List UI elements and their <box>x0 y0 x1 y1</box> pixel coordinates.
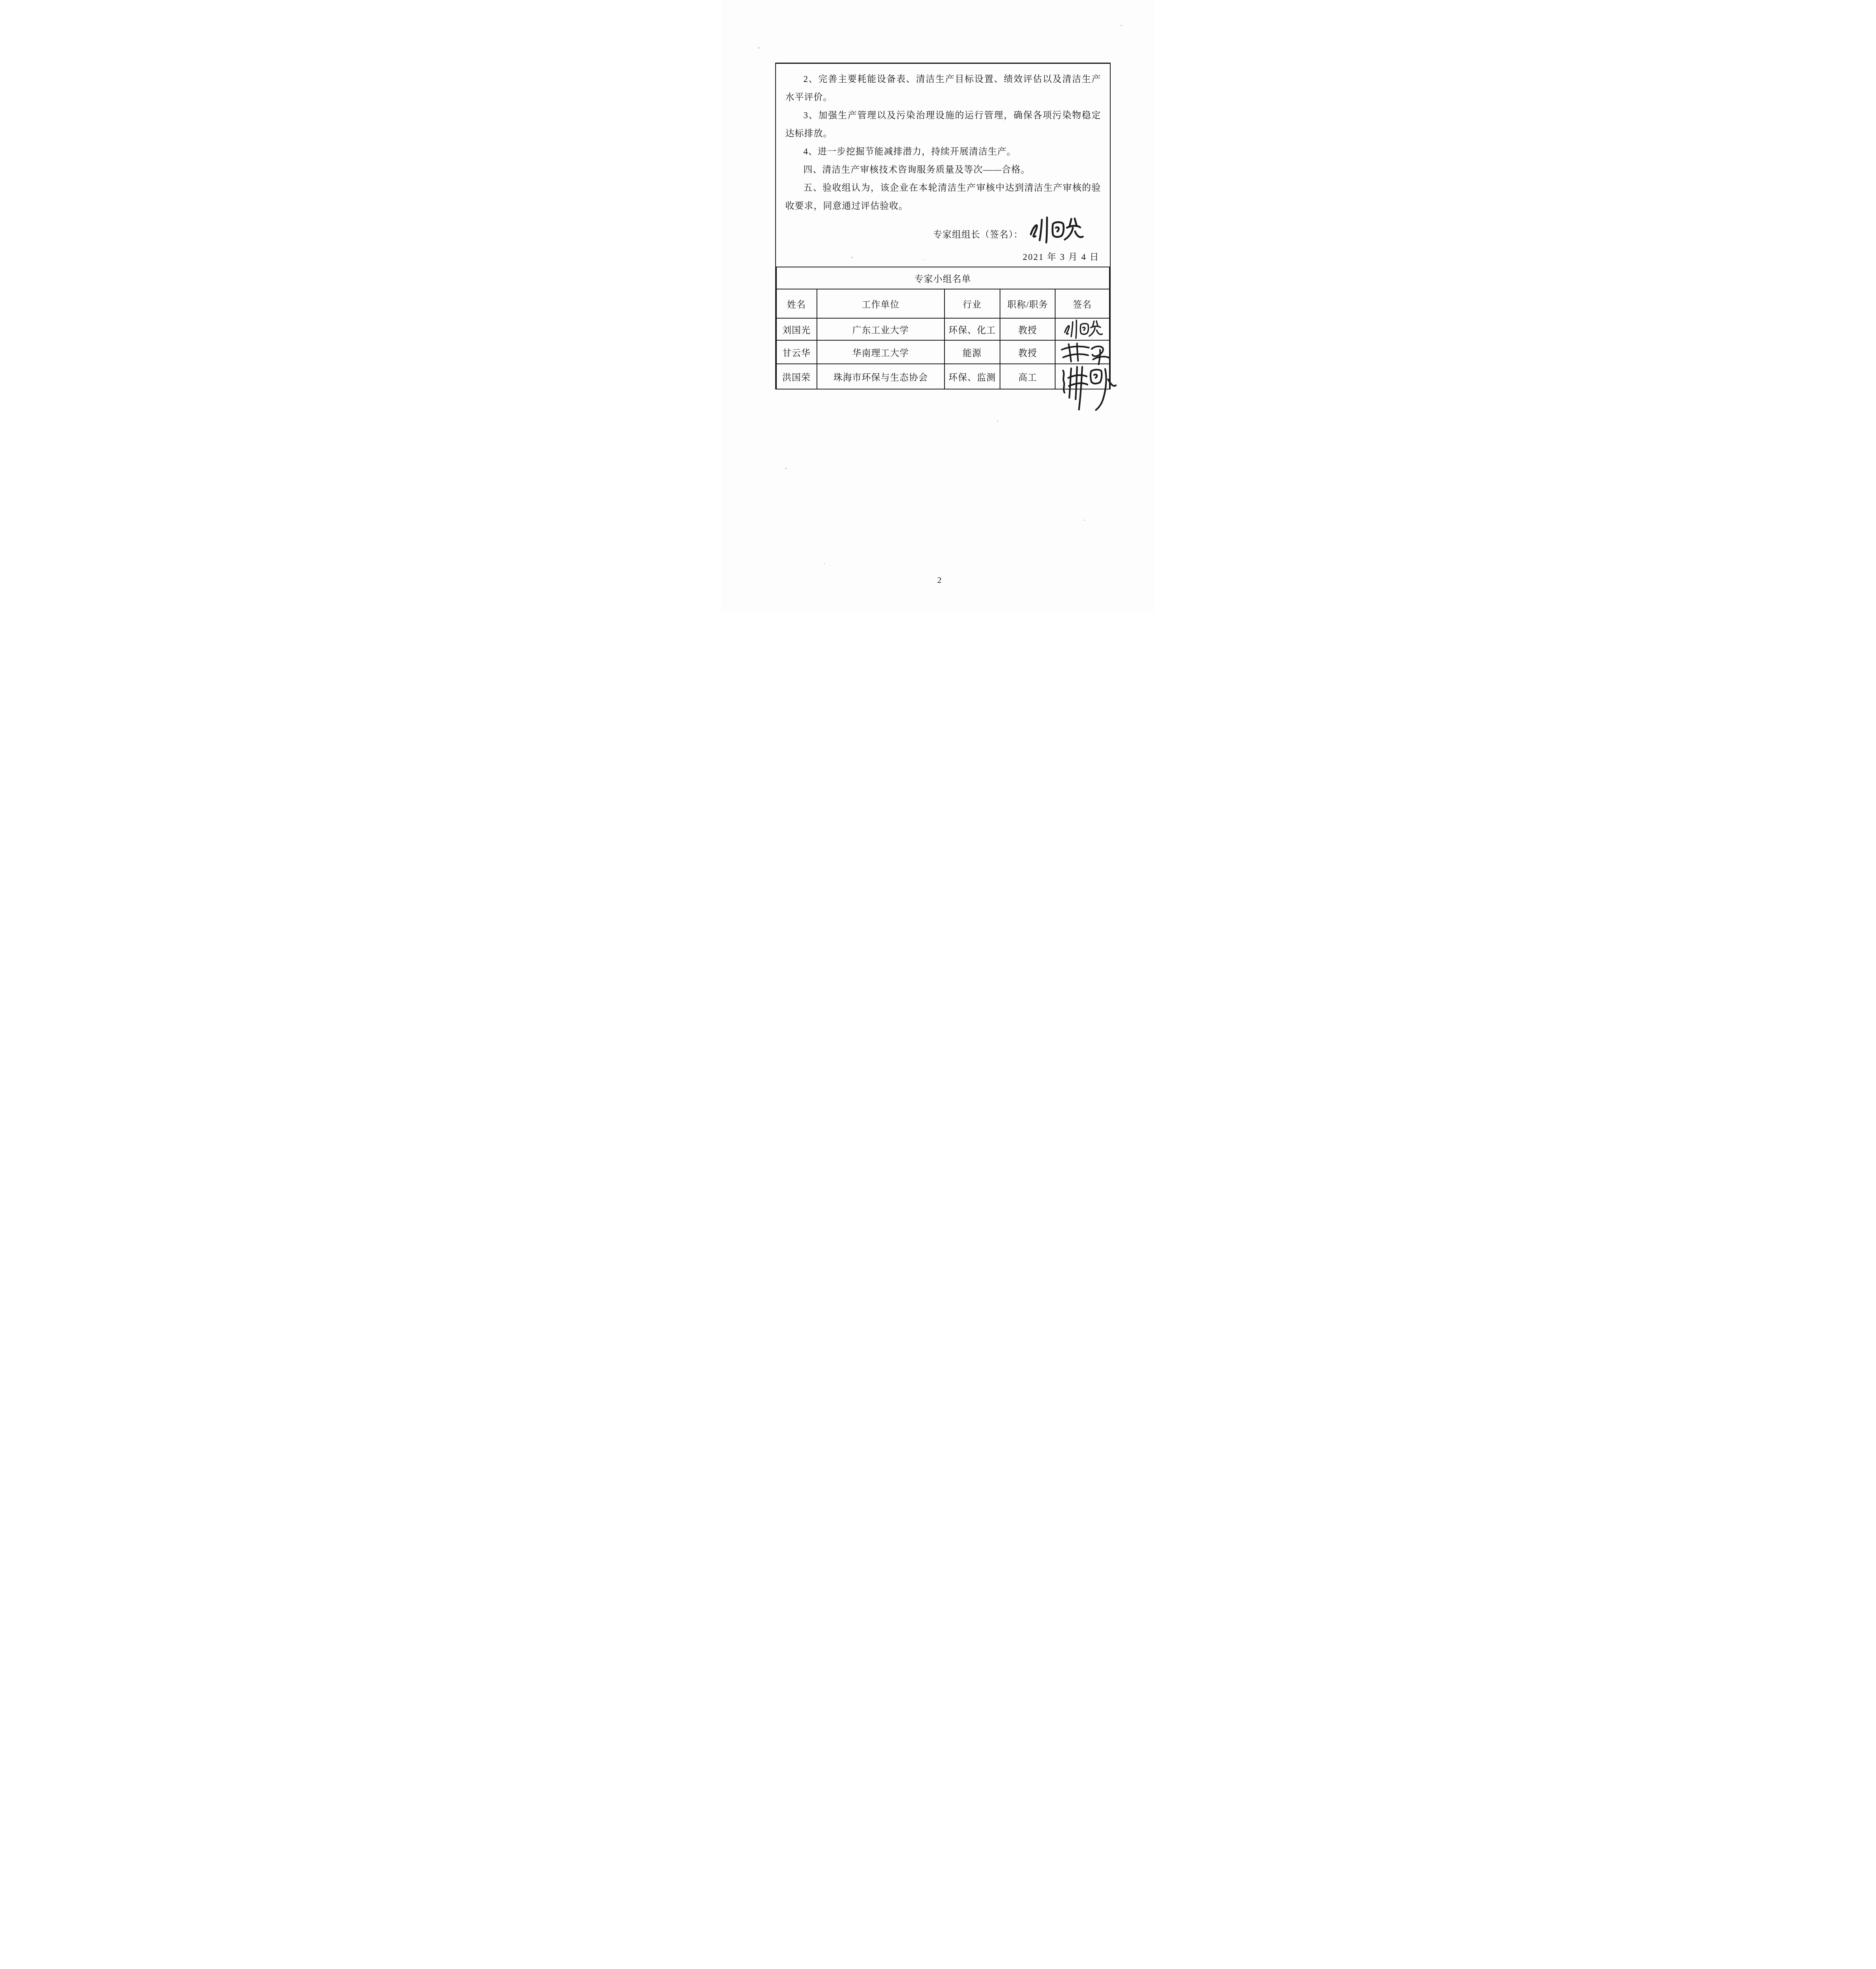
table-row-gan-yunhua: 甘云华 华南理工大学 能源 教授 <box>776 340 1109 364</box>
col-header-signature: 签名 <box>1055 289 1109 318</box>
leader-signature-handwriting-image <box>1026 214 1085 246</box>
scan-speck <box>785 468 787 469</box>
cell-industry: 环保、监测 <box>944 364 1000 389</box>
scan-speck <box>924 259 924 260</box>
document-content-box: 2、完善主要耗能设备表、清洁生产目标设置、绩效评估以及清洁生产水平评价。 3、加… <box>775 63 1111 389</box>
leader-signature-row: 专家组组长（签名）： <box>776 217 1110 250</box>
cell-organization: 广东工业大学 <box>817 318 944 340</box>
scan-speck <box>1120 25 1122 26</box>
leader-signature-label: 专家组组长（签名）： <box>933 227 1023 240</box>
cell-signature <box>1055 340 1109 364</box>
scan-speck <box>1084 520 1085 521</box>
table-title-row: 专家小组名单 <box>776 267 1109 289</box>
page-number: 2 <box>937 575 942 585</box>
cell-industry: 能源 <box>944 340 1000 364</box>
table-row-liu-guoguang: 刘国光 广东工业大学 环保、化工 教授 <box>776 318 1109 340</box>
cell-name: 甘云华 <box>776 340 817 364</box>
cell-signature <box>1055 318 1109 340</box>
table-header-row: 姓名 工作单位 行业 职称/职务 签名 <box>776 289 1109 318</box>
row-signature-handwriting-image <box>1058 361 1117 414</box>
expert-group-table: 专家小组名单 姓名 工作单位 行业 职称/职务 签名 刘国光 广东工业大学 环保… <box>776 267 1110 389</box>
cell-signature <box>1055 364 1109 389</box>
table-title: 专家小组名单 <box>776 267 1109 289</box>
paragraph-section-5: 五、验收组认为，该企业在本轮清洁生产审核中达到清洁生产审核的验收要求，同意通过评… <box>785 179 1101 215</box>
cell-title: 高工 <box>1000 364 1055 389</box>
cell-organization: 华南理工大学 <box>817 340 944 364</box>
scanned-document-page: 2、完善主要耗能设备表、清洁生产目标设置、绩效评估以及清洁生产水平评价。 3、加… <box>722 0 1155 613</box>
paragraph-item-3: 3、加强生产管理以及污染治理设施的运行管理，确保各项污染物稳定达标排放。 <box>785 106 1101 143</box>
scan-speck <box>758 47 759 48</box>
cell-name: 洪国荣 <box>776 364 817 389</box>
paragraph-section-4: 四、清洁生产审核技术咨询服务质量及等次——合格。 <box>785 161 1101 179</box>
scan-speck <box>824 563 825 564</box>
cell-industry: 环保、化工 <box>944 318 1000 340</box>
cell-title: 教授 <box>1000 340 1055 364</box>
col-header-organization: 工作单位 <box>817 289 944 318</box>
paragraph-item-4: 4、进一步挖掘节能减排潜力，持续开展清洁生产。 <box>785 143 1101 161</box>
paragraph-item-2: 2、完善主要耗能设备表、清洁生产目标设置、绩效评估以及清洁生产水平评价。 <box>785 70 1101 106</box>
col-header-title: 职称/职务 <box>1000 289 1055 318</box>
scan-speck <box>852 257 853 258</box>
col-header-industry: 行业 <box>944 289 1000 318</box>
table-row-hong-guorong: 洪国荣 珠海市环保与生态协会 环保、监测 高工 <box>776 364 1109 389</box>
signature-date: 2021 年 3 月 4 日 <box>776 250 1110 267</box>
row-signature-handwriting-image <box>1059 319 1106 340</box>
cell-organization: 珠海市环保与生态协会 <box>817 364 944 389</box>
cell-name: 刘国光 <box>776 318 817 340</box>
scan-speck <box>997 421 998 422</box>
body-paragraphs: 2、完善主要耗能设备表、清洁生产目标设置、绩效评估以及清洁生产水平评价。 3、加… <box>776 64 1110 217</box>
col-header-name: 姓名 <box>776 289 817 318</box>
cell-title: 教授 <box>1000 318 1055 340</box>
